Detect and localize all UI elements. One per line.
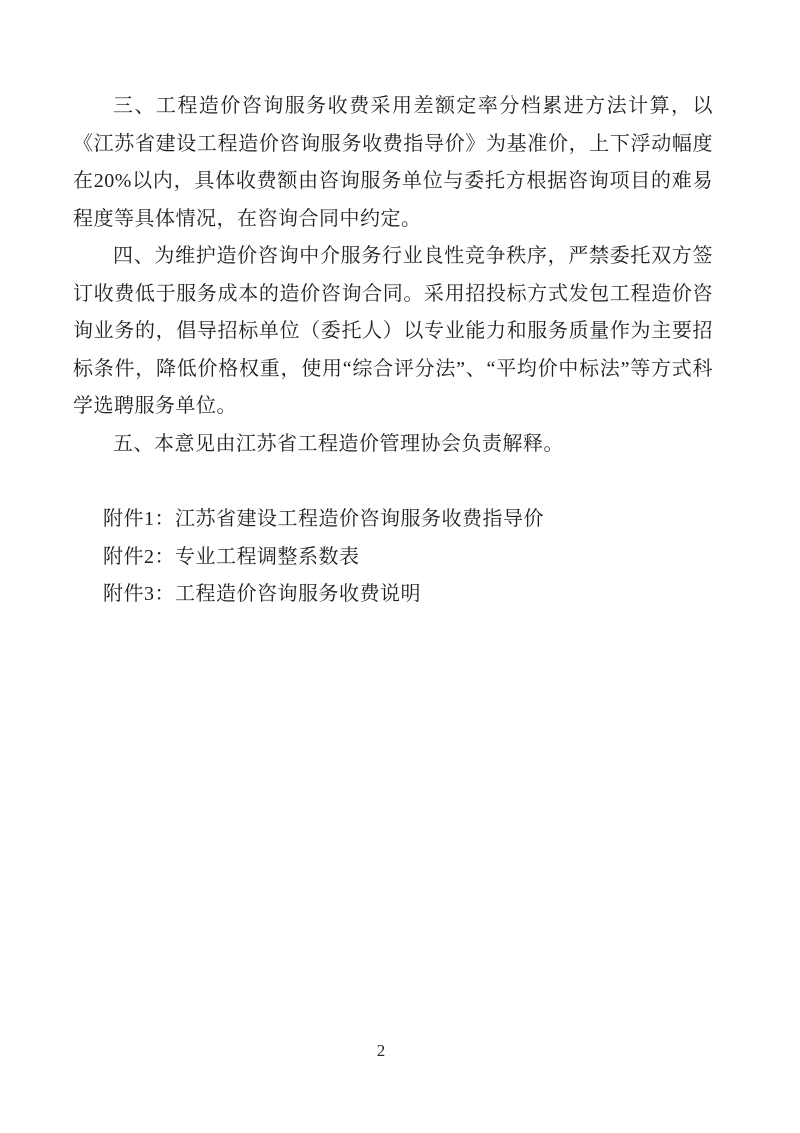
attachment-2-title: 专业工程调整系数表 [175,546,360,568]
page-footer: 2 [0,1040,762,1062]
paragraph-section-4: 四、为维护造价咨询中介服务行业良性竞争秩序，严禁委托双方签订收费低于服务成本的造… [73,238,713,426]
attachment-item-3: 附件3：工程造价咨询服务收费说明 [73,576,713,614]
attachment-2-label: 附件2： [103,546,175,568]
attachment-item-2: 附件2：专业工程调整系数表 [73,539,713,577]
attachment-3-title: 工程造价咨询服务收费说明 [175,583,421,605]
attachment-item-1: 附件1：江苏省建设工程造价咨询服务收费指导价 [73,501,713,539]
attachment-1-label: 附件1： [103,508,175,530]
document-page: 三、工程造价咨询服务收费采用差额定率分档累进方法计算，以《江苏省建设工程造价咨询… [0,0,800,1133]
attachment-3-label: 附件3： [103,583,175,605]
page-number: 2 [377,1041,386,1060]
attachment-1-title: 江苏省建设工程造价咨询服务收费指导价 [175,508,544,530]
document-body: 三、工程造价咨询服务收费采用差额定率分档累进方法计算，以《江苏省建设工程造价咨询… [73,88,713,614]
attachment-list: 附件1：江苏省建设工程造价咨询服务收费指导价 附件2：专业工程调整系数表 附件3… [73,501,713,614]
paragraph-section-3: 三、工程造价咨询服务收费采用差额定率分档累进方法计算，以《江苏省建设工程造价咨询… [73,88,713,238]
paragraph-section-5: 五、本意见由江苏省工程造价管理协会负责解释。 [73,426,713,464]
